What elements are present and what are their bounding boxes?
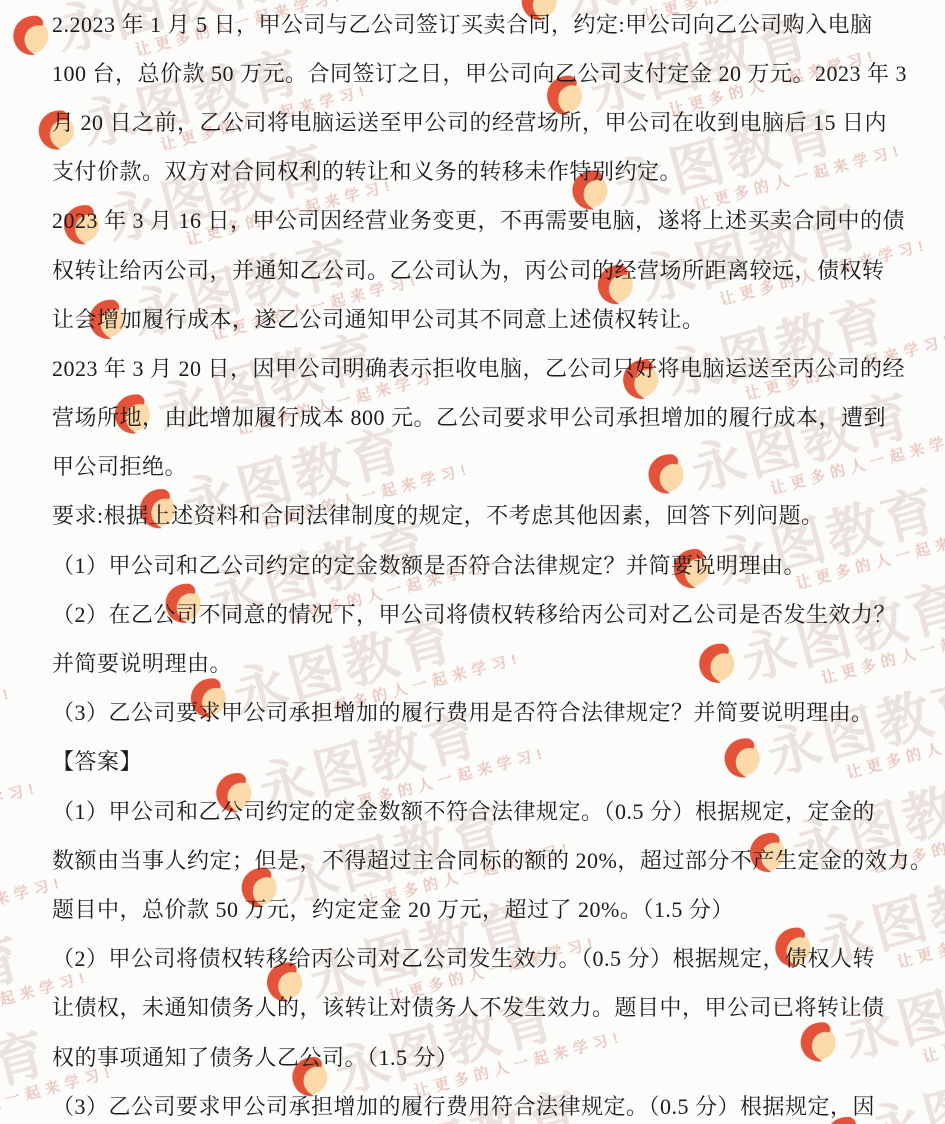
document-page: 永图教育 让更多的人一起来学习! 2.2023 年 1 月 5 日，甲公司与乙公… bbox=[0, 0, 945, 1124]
text-line: 2.2023 年 1 月 5 日，甲公司与乙公司签订买卖合同，约定:甲公司向乙公… bbox=[52, 0, 921, 49]
answer-header-line: 【答案】 bbox=[52, 738, 921, 787]
answer-line: 题目中，总价款 50 万元，约定定金 20 万元，超过了 20%。（1.5 分） bbox=[52, 885, 921, 934]
text-line: 2023 年 3 月 20 日，因甲公司明确表示拒收电脑，乙公司只好将电脑运送至… bbox=[52, 344, 921, 393]
answer-line: 数额由当事人约定；但是，不得超过主合同标的额的 20%，超过部分不产生定金的效力… bbox=[52, 836, 921, 885]
question-line: 并简要说明理由。 bbox=[52, 639, 921, 688]
text-line: 营场所地，由此增加履行成本 800 元。乙公司要求甲公司承担增加的履行成本，遭到 bbox=[52, 394, 921, 443]
text-line: 让会增加履行成本，遂乙公司通知甲公司其不同意上述债权转让。 bbox=[52, 295, 921, 344]
text-line: 月 20 日之前，乙公司将电脑运送至甲公司的经营场所，甲公司在收到电脑后 15 … bbox=[52, 98, 921, 147]
answer-line: 让债权，未通知债务人的，该转让对债务人不发生效力。题目中，甲公司已将转让债 bbox=[52, 984, 921, 1033]
question-line: （3）乙公司要求甲公司承担增加的履行费用是否符合法律规定？并简要说明理由。 bbox=[52, 689, 921, 738]
answer-line: （2）甲公司将债权转移给丙公司对乙公司发生效力。（0.5 分）根据规定，债权人转 bbox=[52, 935, 921, 984]
document-text-block: 2.2023 年 1 月 5 日，甲公司与乙公司签订买卖合同，约定:甲公司向乙公… bbox=[0, 0, 945, 1124]
text-line: 100 台，总价款 50 万元。合同签订之日，甲公司向乙公司支付定金 20 万元… bbox=[52, 49, 921, 98]
question-line: （2）在乙公司不同意的情况下，甲公司将债权转移给丙公司对乙公司是否发生效力？ bbox=[52, 590, 921, 639]
text-line: 2023 年 3 月 16 日，甲公司因经营业务变更，不再需要电脑，遂将上述买卖… bbox=[52, 197, 921, 246]
text-line: 权转让给丙公司，并通知乙公司。乙公司认为，丙公司的经营场所距离较远，债权转 bbox=[52, 246, 921, 295]
question-line: （1）甲公司和乙公司约定的定金数额是否符合法律规定？并简要说明理由。 bbox=[52, 541, 921, 590]
text-line: 甲公司拒绝。 bbox=[52, 443, 921, 492]
answer-line: 权的事项通知了债务人乙公司。（1.5 分） bbox=[52, 1033, 921, 1082]
answer-line: （1）甲公司和乙公司约定的定金数额不符合法律规定。（0.5 分）根据规定，定金的 bbox=[52, 787, 921, 836]
text-line: 支付价款。双方对合同权利的转让和义务的转移未作特别约定。 bbox=[52, 148, 921, 197]
text-line: 要求:根据上述资料和合同法律制度的规定，不考虑其他因素，回答下列问题。 bbox=[52, 492, 921, 541]
answer-line: （3）乙公司要求甲公司承担增加的履行费用符合法律规定。（0.5 分）根据规定，因 bbox=[52, 1082, 921, 1124]
